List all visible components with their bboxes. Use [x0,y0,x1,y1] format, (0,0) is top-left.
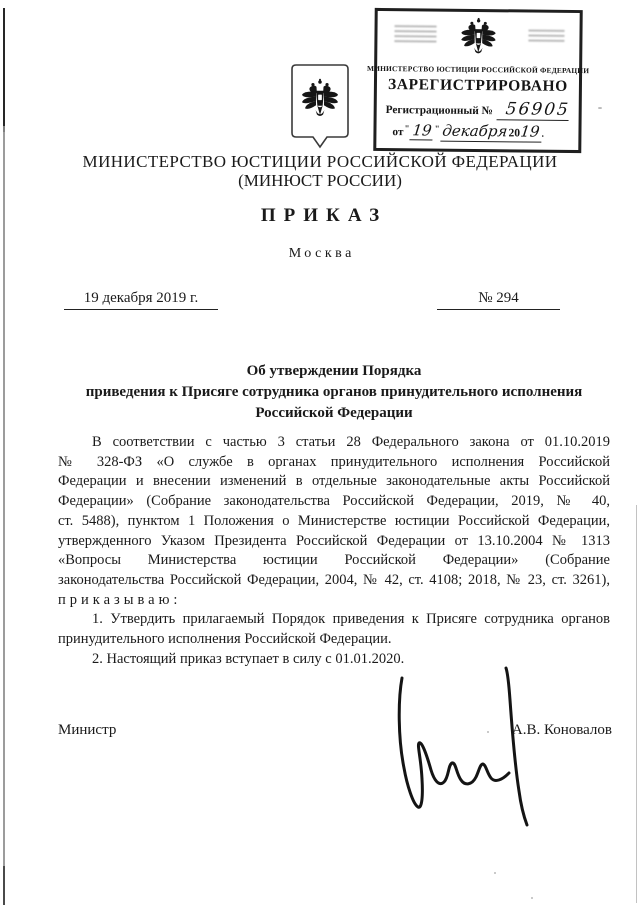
signer-name: А.В. Коновалов [498,722,612,739]
document-type-title: ПРИКАЗ [0,205,640,227]
stamp-reg-number-value: 56905 [497,99,572,121]
stamp-date-century: 20 [509,127,521,139]
stamp-date-month: декабря [442,122,509,141]
scan-edge-left-line [3,8,5,905]
subject-line: Российской Федерации [58,403,610,424]
scan-speck [598,107,602,109]
stamp-quote-open: " [405,123,410,133]
stamp-date-month-year: декабря2019 [441,122,542,143]
stamp-registered-label: ЗАРЕГИСТРИРОВАНО [388,76,568,96]
org-name: МИНИСТЕРСТВО ЮСТИЦИИ РОССИЙСКОЙ ФЕДЕРАЦИ… [0,152,640,172]
body-line-prikazyvayu: приказываю: [58,591,610,611]
subject-line: Об утверждении Порядка [58,361,610,382]
stamp-reg-number-row: Регистрационный № 56905 [386,98,570,121]
body-line: утвержденного Указом Президента Российск… [58,532,610,552]
ministry-emblem-icon [291,64,349,150]
scan-speck [531,897,533,899]
body-line: принудительного исполнения Российской Фе… [58,630,610,650]
body-line: законодательства Российской Федерации, 2… [58,571,610,591]
subject-heading: Об утверждении Порядка приведения к Прис… [58,361,610,424]
stamp-date-day: 19 [409,121,434,140]
body-line: № 328-ФЗ «О службе в органах принудитель… [58,453,610,473]
stamp-reg-number-label: Регистрационный № [386,104,493,117]
minister-title: Министр [58,722,116,739]
body-line: Федерации» (Собрание законодательства Ро… [58,492,610,512]
scan-speck [494,872,496,874]
stamp-quote-close: " [435,124,440,134]
body-line: ст. 5488), пунктом 1 Положения о Министе… [58,512,610,532]
org-short-name: (МИНЮСТ РОССИИ) [0,171,640,191]
stamp-ministry-line: МИНИСТЕРСТВО ЮСТИЦИИ РОССИЙСКОЙ ФЕДЕРАЦИ… [367,64,589,75]
body-line: 1. Утвердить прилагаемый Порядок приведе… [58,610,610,630]
city-label: Москва [0,246,640,262]
stamp-smudge-left [394,25,436,45]
stamp-date-year: 19 [519,122,540,140]
body-line: В соответствии с частью 3 статьи 28 Феде… [58,433,610,453]
stamp-smudge-right [528,30,564,43]
stamp-eagle-icon [457,15,499,61]
registration-stamp: МИНИСТЕРСТВО ЮСТИЦИИ РОССИЙСКОЙ ФЕДЕРАЦИ… [373,8,582,153]
signature-autograph [388,666,538,831]
document-number: № 294 [437,290,560,310]
stamp-header [386,13,571,64]
body-text: В соответствии с частью 3 статьи 28 Феде… [58,433,610,669]
stamp-date-row: от " 19 " декабря2019 . [378,121,576,143]
document-page: МИНИСТЕРСТВО ЮСТИЦИИ РОССИЙСКОЙ ФЕДЕРАЦИ… [0,0,640,905]
scan-edge-right-line [636,505,637,903]
stamp-date-prefix: от [392,126,403,138]
subject-line: приведения к Присяге сотрудника органов … [58,382,610,403]
document-date: 19 декабря 2019 г. [64,290,218,310]
body-line: «Вопросы Министерства юстиции Российской… [58,551,610,571]
body-line: Федерации и внесении изменений в отдельн… [58,472,610,492]
stamp-date-period: . [541,125,544,141]
